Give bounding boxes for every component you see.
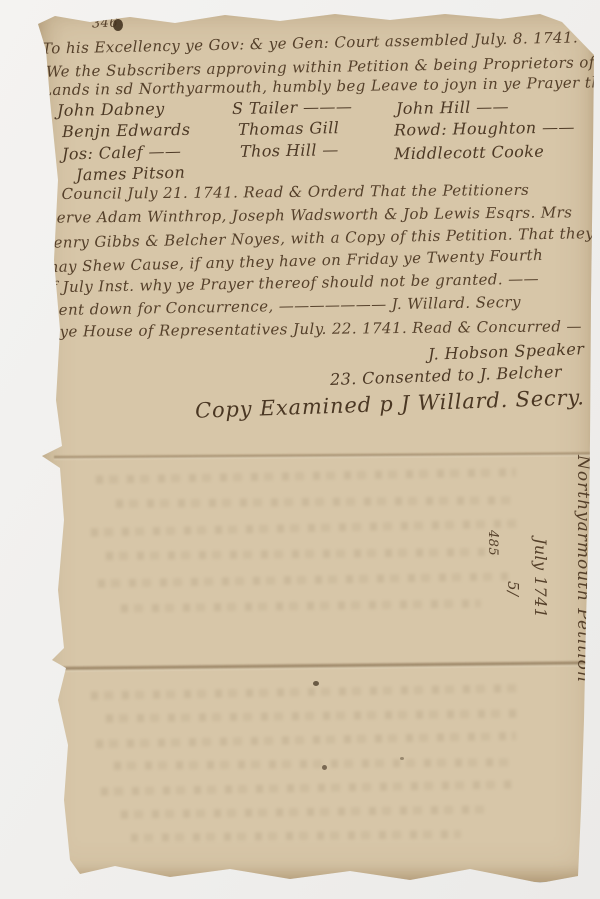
ink-blot [400,757,404,760]
fold-crease-upper [54,451,593,460]
scan-background: 346 To his Excellency ye Gov: & ye Gen: … [0,0,600,899]
signature: Thos Hill — [240,140,339,161]
governor-consent: 23. Consented to J. Belcher [330,362,562,389]
bleed-through-line [91,684,521,700]
house-record-line: In ye House of Representatives July. 22.… [38,317,582,341]
signature: Thomas Gill [238,118,339,139]
bleed-through-line [101,780,516,795]
bleed-through-line [106,548,496,560]
bleed-through-line [91,519,521,536]
council-record-line: Sent down for Concurrence, ——————— J. Wi… [48,293,521,319]
council-record-line: In Council July 21. 1741. Read & Orderd … [40,181,529,203]
bleed-through-line [121,599,481,612]
bleed-through-line [96,732,516,748]
council-record-line: Serve Adam Winthrop, Joseph Wadsworth & … [46,203,572,227]
signature: John Hill —— [396,97,509,118]
signature: Rowd: Houghton —— [394,117,575,139]
signature: Benjn Edwards [62,120,191,141]
bleed-through-line [116,496,516,507]
signature: James Pitson [76,163,186,185]
bleed-through-line [131,830,461,841]
bleed-through-line [106,709,516,722]
docket-fee: 5/ [504,581,522,596]
signature: John Dabney [57,99,165,120]
salutation-line: To his Excellency ye Gov: & ye Gen: Cour… [42,28,578,57]
docket-title: Northyarmouth Petition [573,455,593,683]
docket-number: 485 [485,530,500,556]
copy-attestation: Copy Examined p J Willard. Secry. [195,385,585,423]
signature: S Tailer ——— [232,97,353,118]
docket-date: July 1741 [531,538,550,618]
bleed-through-line [96,468,516,483]
signature: Middlecott Cooke [394,142,544,164]
ink-blot [313,681,319,686]
bleed-through-line [121,805,491,818]
bleed-through-line [114,758,514,769]
petition-document-page: 346 To his Excellency ye Gov: & ye Gen: … [36,10,595,882]
bleed-through-line [98,572,508,587]
fold-crease-lower [50,660,591,672]
signature: Jos: Calef —— [62,141,182,163]
ink-blot [322,765,327,770]
page-number: 346 [92,16,119,32]
speaker-signature: J. Hobson Speaker [428,339,585,363]
